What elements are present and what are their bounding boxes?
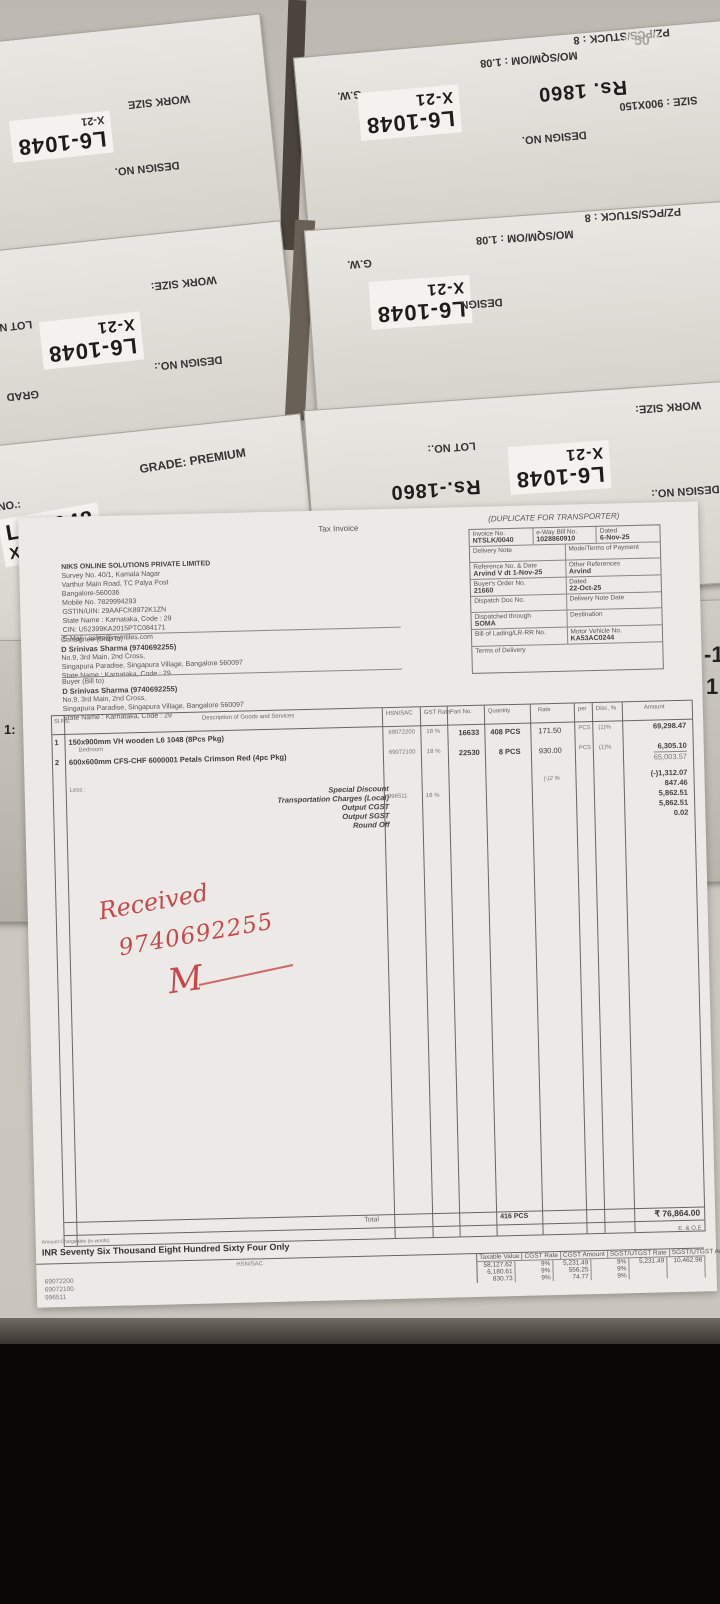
payment-terms: Mode/Terms of Payment bbox=[565, 542, 660, 559]
table-row: 2 600x600mm CFS-CHF 6000001 Petals Crims… bbox=[55, 743, 691, 768]
buyers-order: Buyer's Order No.21660 bbox=[471, 578, 567, 596]
terms-of-delivery: Terms of Delivery bbox=[472, 642, 663, 673]
tile-box: WORK SIZE L6-1048 X-21 DESIGN NO. bbox=[0, 13, 282, 254]
total-row: Total 416 PCS ₹ 76,864.00 bbox=[64, 1206, 704, 1236]
box-sticker: L6-1048 X-21 bbox=[508, 440, 612, 495]
tax-grid: Taxable Value CGST Rate CGST Amount SGST… bbox=[476, 1248, 706, 1283]
box-label: WORK SIZE: bbox=[635, 399, 702, 416]
box-label: WORK SIZE bbox=[127, 92, 190, 110]
box-sticker: L6-1048 X-21 bbox=[357, 84, 462, 141]
design-number: L6-1048 bbox=[376, 295, 467, 327]
design-number: L6-1048 bbox=[515, 460, 606, 492]
photo-background: WORK SIZE L6-1048 X-21 DESIGN NO. MO/SQM… bbox=[0, 0, 720, 1344]
box-sticker: L6-1048 X-21 bbox=[9, 111, 114, 163]
tax-summary: HSN/SAC 69072200 69072100 996511 Taxable… bbox=[36, 1247, 705, 1308]
side-mark: 1 bbox=[706, 674, 718, 700]
invoice-date: Dated 6-Nov-25 bbox=[597, 525, 660, 543]
delivery-note-date: Delivery Note Date bbox=[567, 592, 662, 609]
photo-counter-badge: 50 bbox=[624, 31, 660, 49]
box-label: LOT NO.: bbox=[427, 439, 476, 454]
box-label: MO/SQM/OM : 1.08 bbox=[480, 49, 578, 69]
other-references: Other ReferencesArvind bbox=[566, 558, 661, 576]
transport-hsn: 996511 bbox=[388, 794, 408, 800]
box-label: LOT N bbox=[0, 318, 33, 333]
box-label: DESIGN NO. bbox=[521, 128, 587, 146]
black-letterbox bbox=[0, 1344, 720, 1604]
box-label: SIZE : 900X150 bbox=[619, 94, 698, 113]
dispatch-doc: Dispatch Doc No. bbox=[471, 595, 567, 612]
delivery-note: Delivery Note bbox=[470, 545, 566, 562]
less-label: Less : bbox=[70, 787, 86, 793]
box-label: DESIGN NO.: bbox=[651, 483, 720, 500]
box-label: MO/SQM/OM : 1.08 bbox=[476, 228, 574, 247]
box-sticker: L6-1048 X-21 bbox=[39, 312, 144, 370]
invoice-number: Invoice No. NTSLK/0040 bbox=[469, 528, 533, 546]
box-label: GRAD bbox=[6, 388, 39, 403]
reference: Reference No. & DateArvind V dt 1-Nov-25 bbox=[470, 561, 566, 579]
dispatched-through: Dispatched throughSOMA bbox=[471, 611, 567, 629]
charges-labels: Special Discount Transportation Charges … bbox=[277, 784, 390, 832]
items-table: Sl No. Description of Goods and Services… bbox=[51, 700, 706, 1248]
invoice-title: Tax Invoice bbox=[318, 524, 358, 534]
invoice-copy-label: (DUPLICATE FOR TRANSPORTER) bbox=[488, 511, 619, 523]
invoice-meta-table: Invoice No. NTSLK/0040 e-Way Bill No. 10… bbox=[468, 524, 663, 674]
transport-gst: 18 % bbox=[426, 793, 440, 799]
discount-rate: (-)2 % bbox=[543, 776, 559, 782]
box-label: DESIGN NO.: bbox=[154, 353, 223, 372]
box-label: DESIGN bbox=[460, 296, 503, 311]
eway-bill: e-Way Bill No. 1028860910 bbox=[533, 527, 597, 545]
order-date: Dated22-Oct-25 bbox=[566, 575, 661, 593]
box-label: NO.: bbox=[0, 498, 22, 513]
box-label: DESIGN NO. bbox=[114, 159, 180, 178]
photo-edge bbox=[0, 1318, 720, 1344]
motor-vehicle: Motor Vehicle No.KA53AC0244 bbox=[567, 625, 662, 643]
amount-column: 69,298.47 6,305.10 65,003.57 (-)1,312.07… bbox=[649, 721, 688, 819]
destination: Destination bbox=[567, 608, 662, 626]
side-mark: 1: bbox=[4, 722, 16, 737]
box-price: Rs. 1860 bbox=[537, 75, 628, 106]
handwritten-signature: M bbox=[165, 958, 205, 1002]
box-price: Rs.-1860 bbox=[390, 474, 482, 503]
bill-of-lading: Bill of Lading/LR-RR No. bbox=[472, 628, 568, 646]
tax-hsn-codes: 69072200 69072100 996511 bbox=[45, 1278, 74, 1303]
side-mark: -1 bbox=[704, 642, 720, 668]
box-label: GRADE: PREMIUM bbox=[138, 445, 246, 476]
eoe-label: E. & O.E bbox=[678, 1226, 701, 1233]
box-label: G.W. bbox=[347, 257, 372, 271]
box-label: WORK SIZE: bbox=[150, 273, 217, 292]
box-sticker: L6-1048 X-21 bbox=[369, 275, 473, 330]
